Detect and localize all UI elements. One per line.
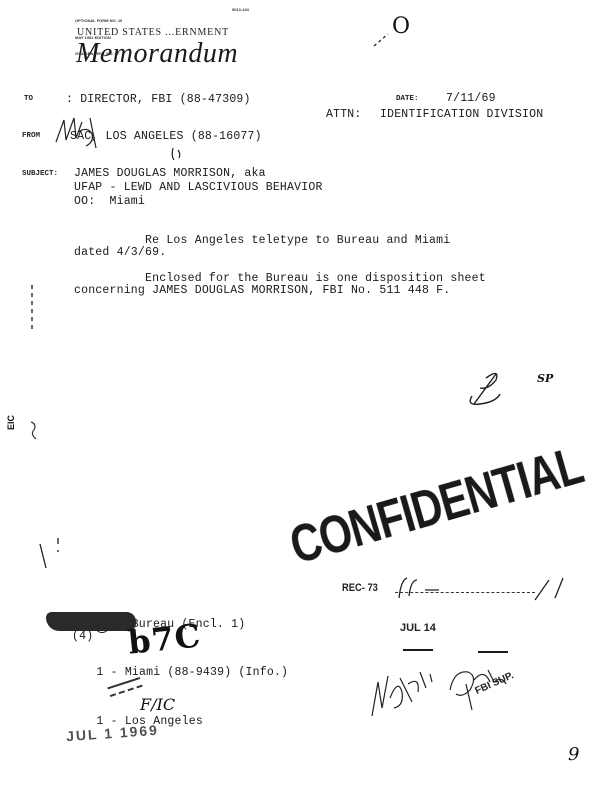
margin-bracket-icon bbox=[36, 534, 66, 578]
handwritten-signature-left bbox=[368, 658, 448, 720]
stamp-rule-left bbox=[403, 649, 433, 651]
record-handwriting bbox=[395, 574, 565, 602]
handwritten-tick-mark bbox=[170, 146, 184, 162]
to-value: : DIRECTOR, FBI (88-47309) bbox=[66, 93, 251, 106]
distribution-line-3: 1 - Los Angeles bbox=[68, 702, 288, 715]
attn-label: ATTN: bbox=[326, 108, 362, 121]
agency-name: UNITED STATES ...ERNMENT bbox=[77, 27, 229, 38]
filed-marking: F/IC bbox=[140, 695, 175, 714]
subject-line-3: OO: Miami bbox=[74, 195, 145, 208]
page-number: 9 bbox=[568, 744, 579, 765]
redaction-block bbox=[46, 612, 136, 631]
corner-mark: O bbox=[392, 14, 410, 39]
record-stamp-label: REC- 73 bbox=[342, 582, 378, 594]
from-value: SAC, LOS ANGELES (88-16077) bbox=[70, 130, 262, 143]
form-code: 5010-104 bbox=[232, 7, 249, 13]
to-label: TO bbox=[24, 95, 33, 103]
redacted-note: (4) bbox=[72, 630, 93, 643]
margin-code: EIC bbox=[6, 415, 16, 430]
subject-label: SUBJECT: bbox=[22, 170, 58, 178]
attn-value: IDENTIFICATION DIVISION bbox=[380, 108, 543, 121]
body-paragraph-2-line-2: concerning JAMES DOUGLAS MORRISON, FBI N… bbox=[74, 284, 450, 297]
confidential-stamp: CONFIDENTIAL bbox=[283, 435, 589, 576]
date-value: 7/11/69 bbox=[446, 92, 496, 105]
exemption-code: b7C bbox=[126, 616, 203, 661]
initials-right: SP bbox=[537, 372, 553, 385]
subject-line-2: UFAP - LEWD AND LASCIVIOUS BEHAVIOR bbox=[74, 181, 323, 194]
margin-dotted-line bbox=[28, 285, 36, 335]
date-label: DATE: bbox=[396, 95, 419, 103]
margin-handwritten-mark bbox=[28, 420, 40, 442]
from-label: FROM bbox=[22, 132, 40, 140]
body-paragraph-1-line-2: dated 4/3/69. bbox=[74, 246, 166, 259]
subject-line-1: JAMES DOUGLAS MORRISON, aka bbox=[74, 167, 266, 180]
form-line-1: OPTIONAL FORM NO. 10 bbox=[75, 18, 122, 24]
distribution-text-2: - Miami (88-9439) (Info.) bbox=[104, 666, 289, 679]
corner-dash-icon bbox=[372, 30, 392, 48]
handwritten-initials-icon bbox=[466, 368, 512, 408]
document-title: Memorandum bbox=[76, 38, 238, 70]
stamp-rule-right bbox=[478, 651, 508, 653]
distribution-count-2: 1 bbox=[96, 666, 103, 679]
received-date-stamp: JUL 14 bbox=[400, 622, 436, 634]
